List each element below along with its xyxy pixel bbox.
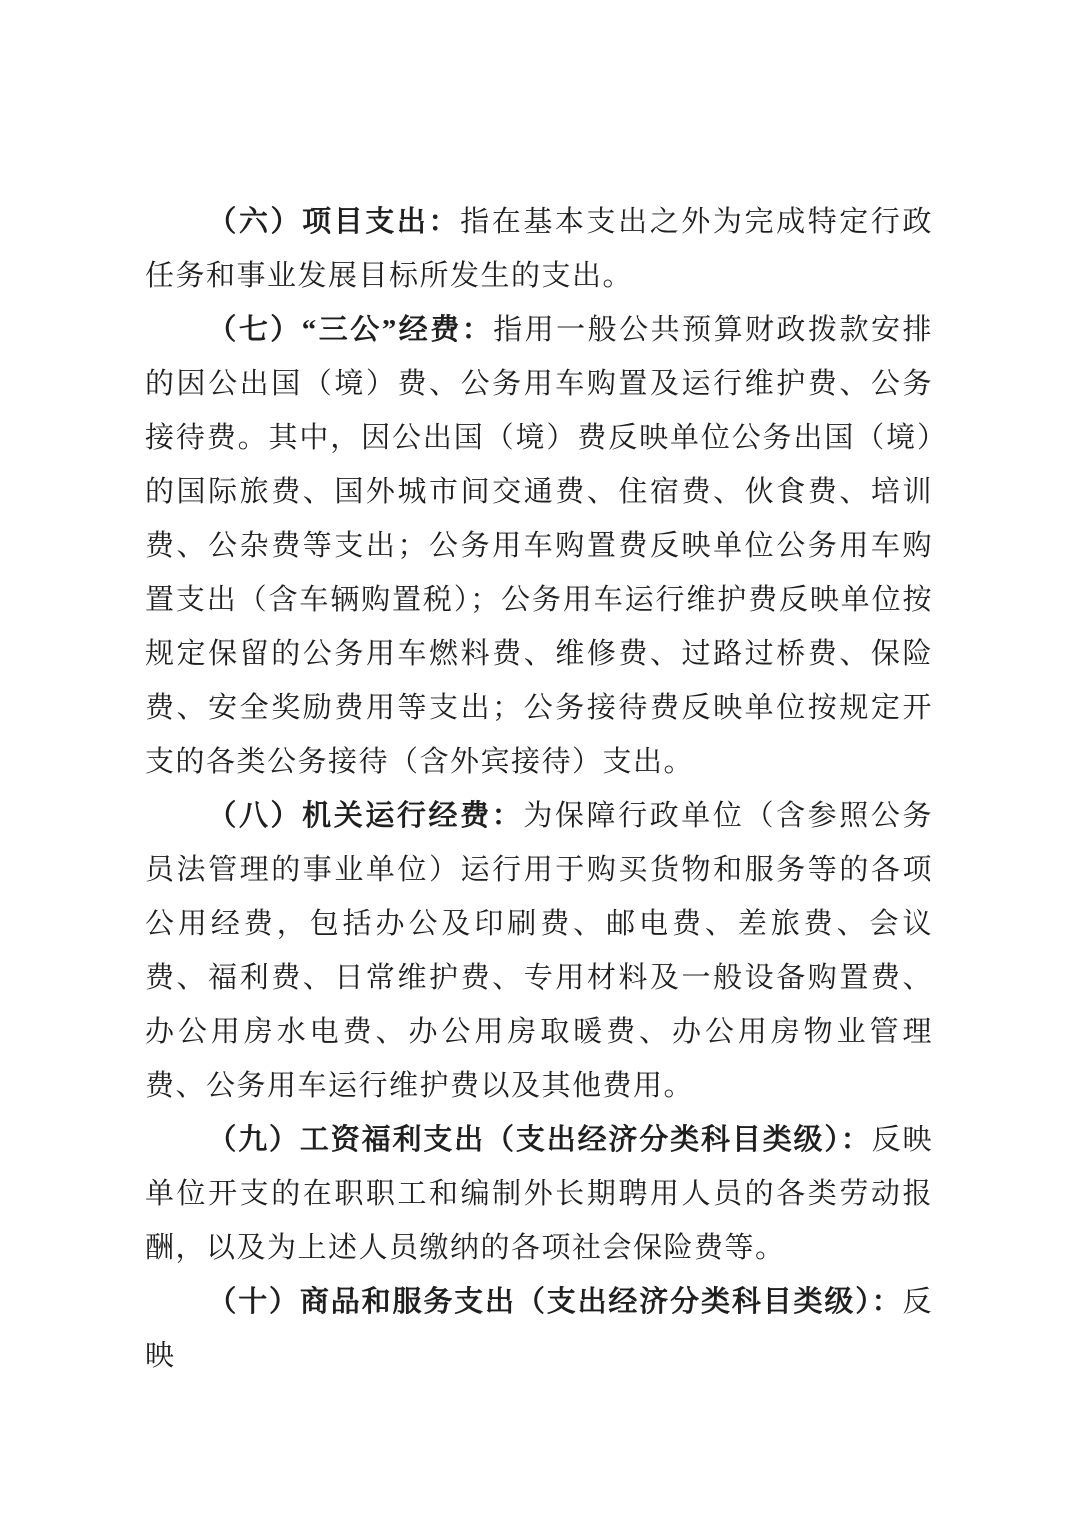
term-label: （八）机关运行经费： [207, 800, 523, 832]
term-label: （六）项目支出： [207, 206, 460, 238]
paragraph-text: 为保障行政单位（含参照公务员法管理的事业单位）运行用于购买货物和服务等的各项公用… [145, 800, 933, 1102]
paragraph-item-6: （六）项目支出：指在基本支出之外为完成特定行政任务和事业发展目标所发生的支出。 [145, 195, 933, 303]
term-label: （九）工资福利支出（支出经济分类科目类级）： [207, 1124, 871, 1156]
document-page: （六）项目支出：指在基本支出之外为完成特定行政任务和事业发展目标所发生的支出。 … [0, 0, 1075, 1521]
paragraph-item-10: （十）商品和服务支出（支出经济分类科目类级）：反映 [145, 1275, 933, 1383]
paragraph-item-7: （七）“三公”经费：指用一般公共预算财政拨款安排的因公出国（境）费、公务用车购置… [145, 303, 933, 789]
document-body: （六）项目支出：指在基本支出之外为完成特定行政任务和事业发展目标所发生的支出。 … [145, 195, 933, 1383]
term-label: （十）商品和服务支出（支出经济分类科目类级）： [207, 1286, 902, 1318]
paragraph-text: 指用一般公共预算财政拨款安排的因公出国（境）费、公务用车购置及运行维护费、公务接… [145, 314, 933, 778]
paragraph-item-9: （九）工资福利支出（支出经济分类科目类级）：反映单位开支的在职职工和编制外长期聘… [145, 1113, 933, 1275]
term-label: （七）“三公”经费： [207, 314, 493, 346]
paragraph-item-8: （八）机关运行经费：为保障行政单位（含参照公务员法管理的事业单位）运行用于购买货… [145, 789, 933, 1113]
